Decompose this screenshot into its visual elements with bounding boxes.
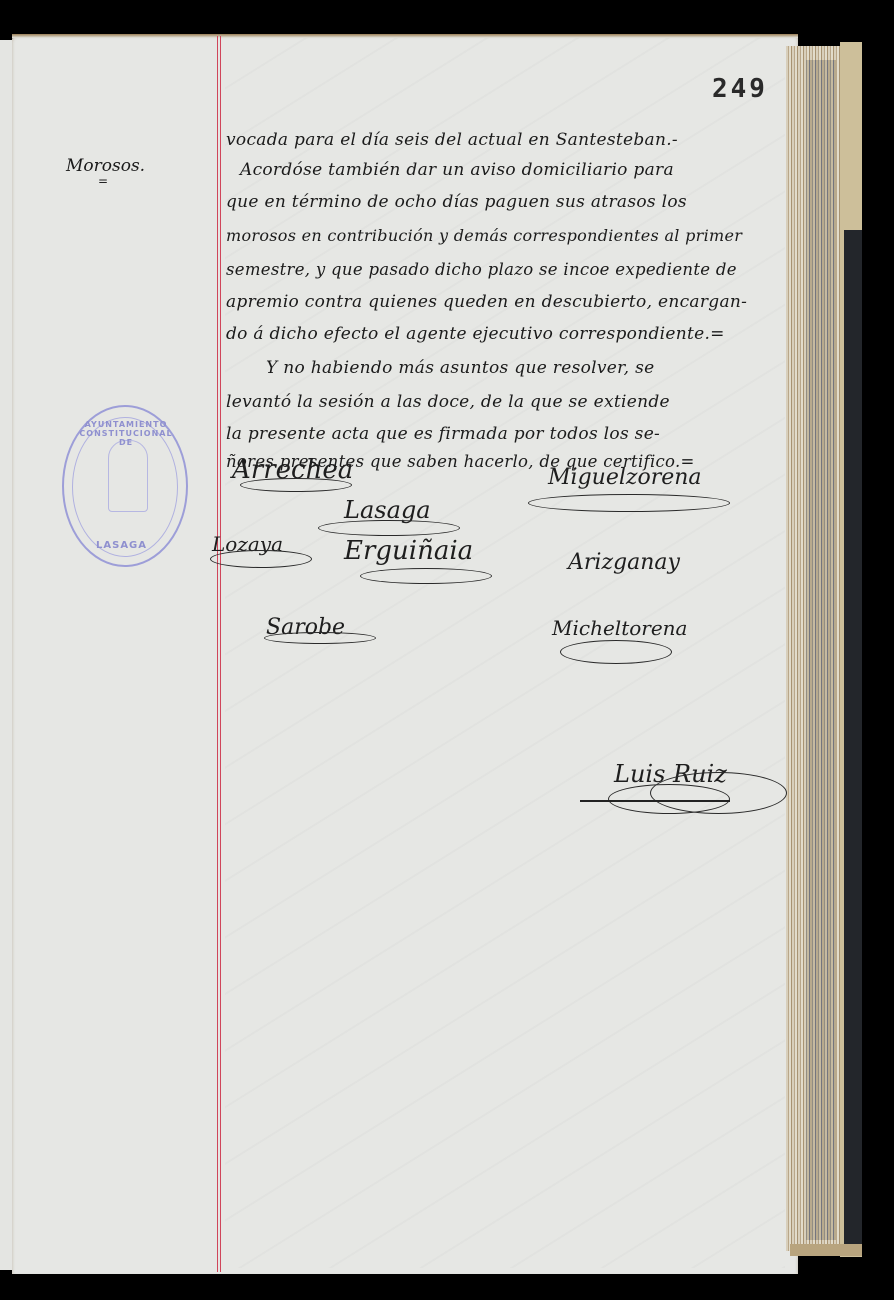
stamp-figure-icon [108,440,148,512]
margin-note-mark: = [98,174,108,188]
signature-erguinaia: Erguiñaia [344,536,473,566]
page-number: 249 [712,74,768,104]
margin-rule-line [217,36,218,1272]
body-line: morosos en contribución y demás correspo… [226,226,742,245]
signature-flourish [210,550,312,568]
margin-note: Morosos. [66,156,145,176]
book-bottom-edge [790,1244,862,1256]
signature-micheltorena: Micheltorena [552,616,687,640]
signature-flourish [318,520,460,536]
signature-underline [580,800,730,802]
signature-flourish [560,640,672,664]
body-line: semestre, y que pasado dicho plazo se in… [226,260,737,279]
signature-flourish [528,494,730,512]
signature-flourish [240,478,352,492]
body-line: vocada para el día seis del actual en Sa… [226,130,678,150]
body-line: do á dicho efecto el agente ejecutivo co… [226,324,725,344]
signature-flourish [264,632,376,644]
signature-miguelzorena: Miguelzorena [548,465,702,490]
page-edges-inner [806,60,836,1240]
signature-flourish [360,568,492,584]
margin-rule-line-2 [220,36,221,1272]
signature-flourish [650,772,787,814]
body-line: la presente acta que es firmada por todo… [226,424,660,444]
body-line: Y no habiendo más asuntos que resolver, … [266,358,654,378]
body-line: Acordóse también dar un aviso domiciliar… [240,160,674,180]
body-line: apremio contra quienes queden en descubi… [226,292,747,312]
signature-arizganay: Arizganay [568,550,680,575]
stamp-top-text: AYUNTAMIENTO CONSTITUCIONAL DE [76,420,176,447]
body-line: que en término de ocho días paguen sus a… [226,192,687,212]
stamp-bottom-text: LASAGA [96,540,147,551]
diagonal-show-through [225,38,785,1268]
book-cover-dark [844,230,862,1250]
body-line: levantó la sesión a las doce, de la que … [226,392,670,412]
